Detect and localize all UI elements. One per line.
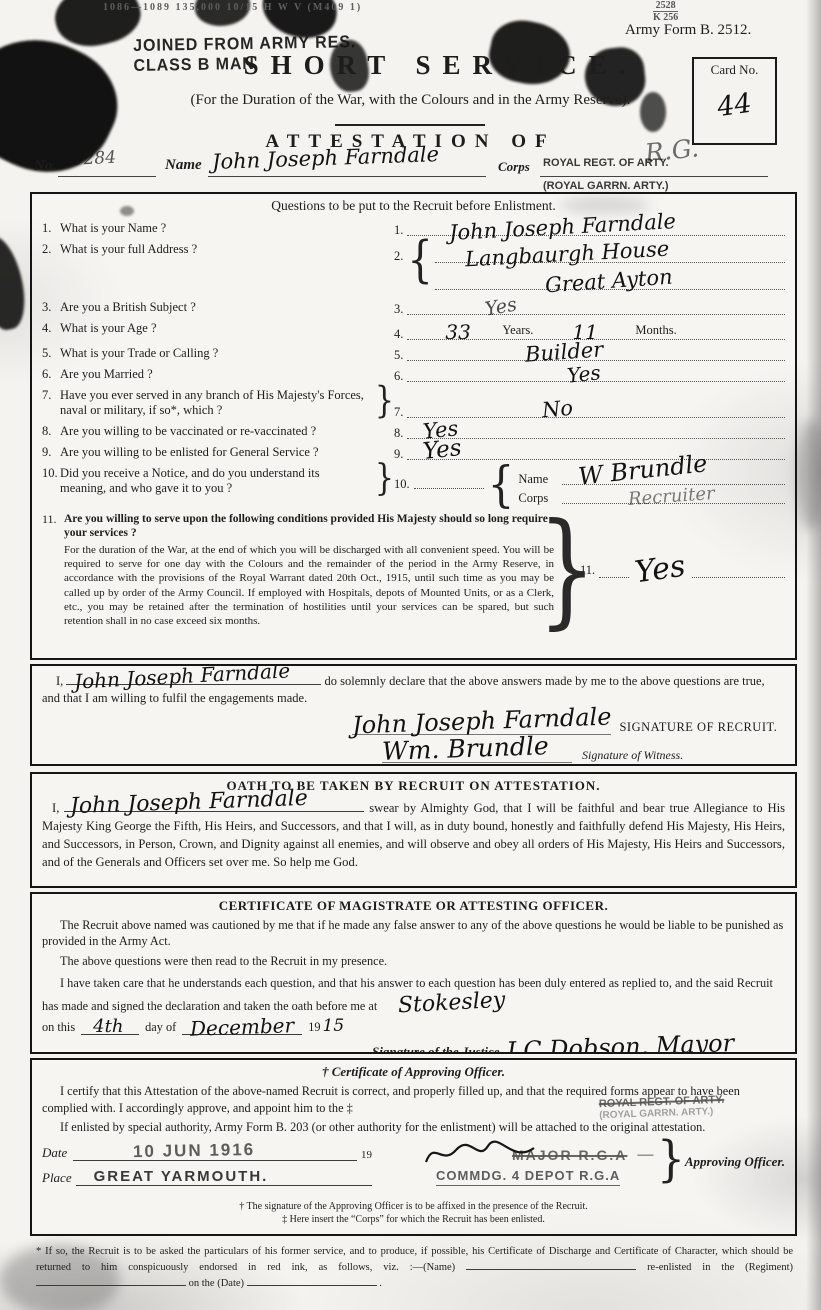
q2-anum: 2. (394, 250, 403, 263)
q2-text: What is your full Address ? (60, 242, 394, 290)
approving-section: † Certificate of Approving Officer. I ce… (30, 1058, 797, 1236)
q8-anum: 8. (394, 427, 403, 440)
q11-text: Are you willing to serve upon the follow… (64, 512, 554, 541)
q6-text: Are you Married ? (60, 367, 394, 382)
corner-stamp-line1: 2528 (653, 0, 678, 11)
q1-no: 1. (42, 221, 60, 236)
q10-anum: 10. (394, 478, 410, 491)
q9-anum: 9. (394, 448, 403, 461)
q10-name-label: Name (518, 473, 558, 486)
magistrate-p2: The above questions were then read to th… (42, 954, 785, 970)
justice-label: Signature of the Justice (372, 1044, 500, 1054)
q8-no: 8. (42, 424, 60, 439)
scan-edge-shadow (806, 0, 821, 1310)
question-row-5: 5.What is your Trade or Calling ? 5. Bui… (42, 346, 785, 361)
officer-unit-stamp: COMMDG. 4 DEPOT R.G.A (436, 1168, 620, 1186)
q10-brace-left: { (488, 463, 515, 506)
magistrate-month: December (190, 1015, 295, 1039)
q7-no: 7. (42, 388, 60, 418)
q11-no: 11. (42, 512, 64, 629)
corner-stamp: 2528 K 256 (653, 0, 678, 23)
question-row-8: 8.Are you willing to be vaccinated or re… (42, 424, 785, 439)
bottom-footnote: * If so, the Recruit is to be asked the … (36, 1244, 793, 1292)
q4-no: 4. (42, 321, 60, 340)
q7-brace: } (375, 385, 394, 421)
magistrate-p1: The Recruit above named was cautioned by… (42, 918, 785, 950)
q7-answer: No (542, 398, 575, 422)
oath-section: OATH TO BE TAKEN BY RECRUIT ON ATTESTATI… (30, 772, 797, 888)
q7-anum: 7. (394, 406, 403, 419)
q11-answer: Yes (633, 552, 687, 589)
q11-brace: } (538, 514, 597, 626)
q4-years-label: Years. (502, 323, 533, 338)
place-label: Place (42, 1170, 72, 1186)
magistrate-on-this: on this (42, 1020, 75, 1035)
q3-text: Are you a British Subject ? (60, 300, 394, 315)
declaration-section: I, John Joseph Farndale do solemnly decl… (30, 664, 797, 766)
question-row-10: 10.Did you receive a Notice, and do you … (42, 466, 785, 504)
approving-heading: † Certificate of Approving Officer. (42, 1064, 785, 1080)
q2-answer-line2: Great Ayton (544, 267, 673, 297)
name-value: John Joseph Farndale (212, 144, 440, 173)
army-form-number: Army Form B. 2512. (625, 22, 751, 39)
question-row-3: 3.Are you a British Subject ? 3. Yes (42, 300, 785, 315)
magistrate-day: 4th (93, 1018, 123, 1036)
date-label: Date (42, 1145, 67, 1161)
q6-anum: 6. (394, 370, 403, 383)
q3-no: 3. (42, 300, 60, 315)
q9-no: 9. (42, 445, 60, 460)
card-number-box: Card No. 44 (692, 57, 777, 145)
magistrate-year: 15 (323, 1018, 345, 1035)
question-row-11: 11. Are you willing to serve upon the fo… (42, 512, 785, 629)
q5-no: 5. (42, 346, 60, 361)
declaration-name: John Joseph Farndale (74, 664, 291, 692)
witness-signature-label: Signature of Witness. (582, 748, 683, 763)
magistrate-year-printed: 19 (308, 1020, 320, 1035)
question-row-4: 4.What is your Age ? 4. 33 Years. 11 Mon… (42, 321, 785, 340)
q9-answer: Yes (422, 437, 463, 464)
q8-text: Are you willing to be vaccinated or re-v… (60, 424, 394, 439)
card-number-label: Card No. (694, 62, 775, 78)
no-underline (58, 176, 156, 177)
ink-blot (0, 232, 31, 333)
q4-text: What is your Age ? (60, 321, 394, 340)
q5-text: What is your Trade or Calling ? (60, 346, 394, 361)
q2-no: 2. (42, 242, 60, 290)
place-value: GREAT YARMOUTH. (94, 1168, 269, 1185)
q3-answer: Yes (484, 295, 519, 319)
print-reference: 1086—1089 135,000 10/15 H W V (M409 1) (103, 2, 362, 13)
justice-signature: J C Dobson, Mayor (505, 1031, 734, 1054)
q2-brace: { (407, 238, 432, 283)
name-label: Name (165, 157, 202, 174)
bottom-footnote-part2: re-enlisted in the (Regiment) (647, 1262, 793, 1273)
card-number-value: 44 (693, 86, 777, 124)
title-rule (335, 124, 485, 126)
q5-anum: 5. (394, 349, 403, 362)
q3-anum: 3. (394, 303, 403, 316)
approving-officer-label: Approving Officer. (685, 1154, 785, 1170)
witness-signature: Wm. Brundle (382, 733, 549, 764)
recruit-signature-label: SIGNATURE OF RECRUIT. (619, 720, 777, 735)
oath-name: John Joseph Farndale (70, 788, 308, 818)
approving-brace: } (657, 1138, 685, 1182)
date-stamp: 10 JUN 1916 (133, 1140, 256, 1162)
magistrate-day-of: day of (145, 1020, 176, 1035)
q6-no: 6. (42, 367, 60, 382)
magistrate-section: CERTIFICATE OF MAGISTRATE OR ATTESTING O… (30, 892, 797, 1054)
approving-footnote1: † The signature of the Approving Officer… (42, 1200, 785, 1214)
magistrate-heading: CERTIFICATE OF MAGISTRATE OR ATTESTING O… (42, 898, 785, 914)
q4-anum: 4. (394, 328, 403, 341)
q4-years-value: 33 (445, 322, 470, 342)
corps-label: Corps (498, 159, 530, 175)
bottom-footnote-part3: on the (Date) (189, 1278, 244, 1289)
bottom-footnote-period: . (379, 1278, 382, 1289)
corps-overwrite: R.G. (644, 135, 700, 165)
strike-arrow: — (637, 1146, 653, 1164)
magistrate-place: Stokesley (380, 990, 506, 1019)
recruit-signature: John Joseph Farndale (352, 704, 612, 737)
q9-text: Are you willing to be enlisted for Gener… (60, 445, 394, 460)
oath-intro: I, (52, 801, 59, 815)
approving-corps-stamp: ROYAL REGT. OF ARTY. (ROYAL GARRN. ARTY.… (599, 1094, 725, 1121)
q11-body: For the duration of the War, at the end … (64, 543, 554, 629)
q6-answer: Yes (566, 362, 601, 385)
no-value: 39284 (62, 150, 117, 170)
date-year-printed: 19 (361, 1149, 372, 1161)
approving-footnote2: ‡ Here insert the “Corps” for which the … (42, 1213, 785, 1227)
q10-text: Did you receive a Notice, and do you und… (60, 466, 375, 504)
q10-brace-right: } (375, 462, 394, 508)
attestation-form-scan: 1086—1089 135,000 10/15 H W V (M409 1) 2… (0, 0, 821, 1310)
q7-text: Have you ever served in any branch of Hi… (60, 388, 375, 418)
question-row-6: 6.Are you Married ? 6. Yes (42, 367, 785, 382)
corps-underline (540, 176, 768, 177)
q1-text: What is your Name ? (60, 221, 394, 236)
question-row-7: 7.Have you ever served in any branch of … (42, 388, 785, 418)
declaration-intro: I, (56, 674, 63, 688)
q4-months-label: Months. (635, 323, 676, 338)
q10-corps-value: Recruiter (628, 485, 716, 509)
questions-section: Questions to be put to the Recruit befor… (30, 192, 797, 660)
q1-anum: 1. (394, 224, 403, 237)
officer-rank-stamp: MAJOR R.G.A (512, 1147, 627, 1163)
q10-no: 10. (42, 466, 60, 504)
no-label: No. (34, 158, 56, 175)
name-underline (208, 176, 486, 177)
question-row-2: 2.What is your full Address ? 2. { Langb… (42, 242, 785, 290)
